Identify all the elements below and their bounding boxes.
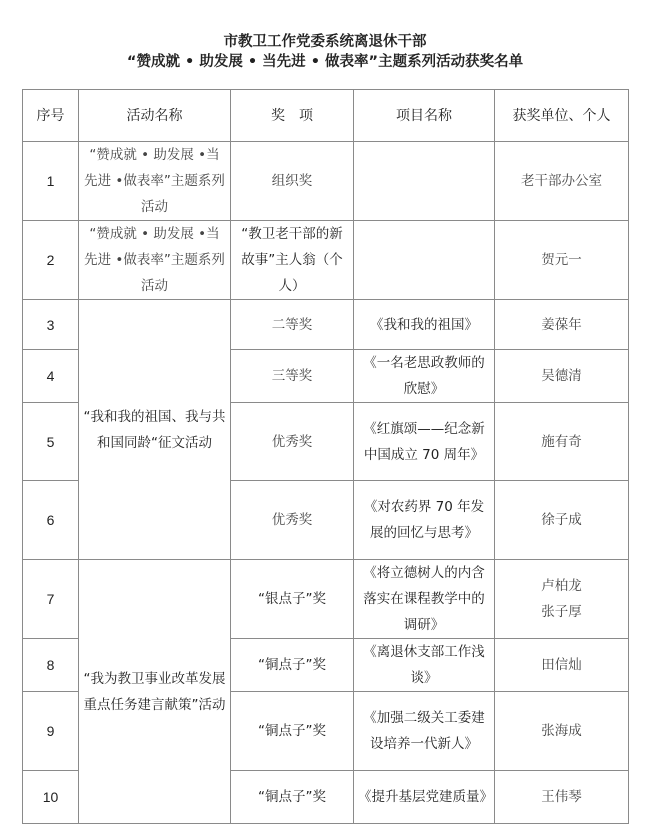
project-name	[354, 221, 495, 300]
row-no: 7	[23, 560, 79, 639]
winner-name: 贺元一	[495, 221, 629, 300]
activity-name: “赞成就 • 助发展 •当先进 •做表率”主题系列活动	[79, 221, 231, 300]
project-name: 《加强二级关工委建设培养一代新人》	[354, 692, 495, 771]
table-row: 7 “我为教卫事业改革发展重点任务建言献策”活动 “银点子”奖 《将立德树人的内…	[23, 560, 629, 639]
row-no: 1	[23, 142, 79, 221]
winner-name: 张海成	[495, 692, 629, 771]
activity-name: “我和我的祖国、我与共和国同龄“征文活动	[79, 300, 231, 560]
row-no: 3	[23, 300, 79, 350]
award-name: 优秀奖	[231, 403, 354, 481]
award-name: 三等奖	[231, 350, 354, 403]
award-name: 组织奖	[231, 142, 354, 221]
row-no: 5	[23, 403, 79, 481]
header-activity: 活动名称	[79, 90, 231, 142]
award-name: 二等奖	[231, 300, 354, 350]
award-name: 优秀奖	[231, 481, 354, 560]
winner-name: 吴德清	[495, 350, 629, 403]
project-name: 《将立德树人的内含落实在课程教学中的调研》	[354, 560, 495, 639]
row-no: 6	[23, 481, 79, 560]
award-name: “铜点子”奖	[231, 692, 354, 771]
project-name: 《提升基层党建质量》	[354, 771, 495, 824]
header-project: 项目名称	[354, 90, 495, 142]
row-no: 4	[23, 350, 79, 403]
award-name: “铜点子”奖	[231, 771, 354, 824]
winner-name: 施有奇	[495, 403, 629, 481]
project-name: 《离退休支部工作浅谈》	[354, 639, 495, 692]
header-award: 奖 项	[231, 90, 354, 142]
winner-name: 卢柏龙 张子厚	[495, 560, 629, 639]
winner-name-2: 张子厚	[499, 599, 624, 625]
winner-name-1: 卢柏龙	[499, 573, 624, 599]
document-title-line2: “赞成就 • 助发展 • 当先进 • 做表率”主题系列活动获奖名单	[0, 50, 650, 71]
winner-name: 徐子成	[495, 481, 629, 560]
winner-name: 老干部办公室	[495, 142, 629, 221]
row-no: 10	[23, 771, 79, 824]
award-name: “教卫老干部的新故事”主人翁（个人）	[231, 221, 354, 300]
header-winner: 获奖单位、个人	[495, 90, 629, 142]
row-no: 2	[23, 221, 79, 300]
award-name: “铜点子”奖	[231, 639, 354, 692]
winner-name: 王伟琴	[495, 771, 629, 824]
winner-name: 田信灿	[495, 639, 629, 692]
project-name: 《对农药界 70 年发展的回忆与思考》	[354, 481, 495, 560]
winner-name: 姜葆年	[495, 300, 629, 350]
project-name: 《红旗颂——纪念新中国成立 70 周年》	[354, 403, 495, 481]
project-name: 《一名老思政教师的欣慰》	[354, 350, 495, 403]
award-name: “银点子”奖	[231, 560, 354, 639]
table-header-row: 序号 活动名称 奖 项 项目名称 获奖单位、个人	[23, 90, 629, 142]
document-title-line1: 市教卫工作党委系统离退休干部	[0, 30, 650, 51]
table-row: 1 “赞成就 • 助发展 •当先进 •做表率”主题系列活动 组织奖 老干部办公室	[23, 142, 629, 221]
table-row: 3 “我和我的祖国、我与共和国同龄“征文活动 二等奖 《我和我的祖国》 姜葆年	[23, 300, 629, 350]
activity-name: “赞成就 • 助发展 •当先进 •做表率”主题系列活动	[79, 142, 231, 221]
row-no: 9	[23, 692, 79, 771]
row-no: 8	[23, 639, 79, 692]
award-list-table: 序号 活动名称 奖 项 项目名称 获奖单位、个人 1 “赞成就 • 助发展 •当…	[22, 89, 629, 824]
activity-name: “我为教卫事业改革发展重点任务建言献策”活动	[79, 560, 231, 824]
table-row: 2 “赞成就 • 助发展 •当先进 •做表率”主题系列活动 “教卫老干部的新故事…	[23, 221, 629, 300]
project-name	[354, 142, 495, 221]
header-no: 序号	[23, 90, 79, 142]
project-name: 《我和我的祖国》	[354, 300, 495, 350]
